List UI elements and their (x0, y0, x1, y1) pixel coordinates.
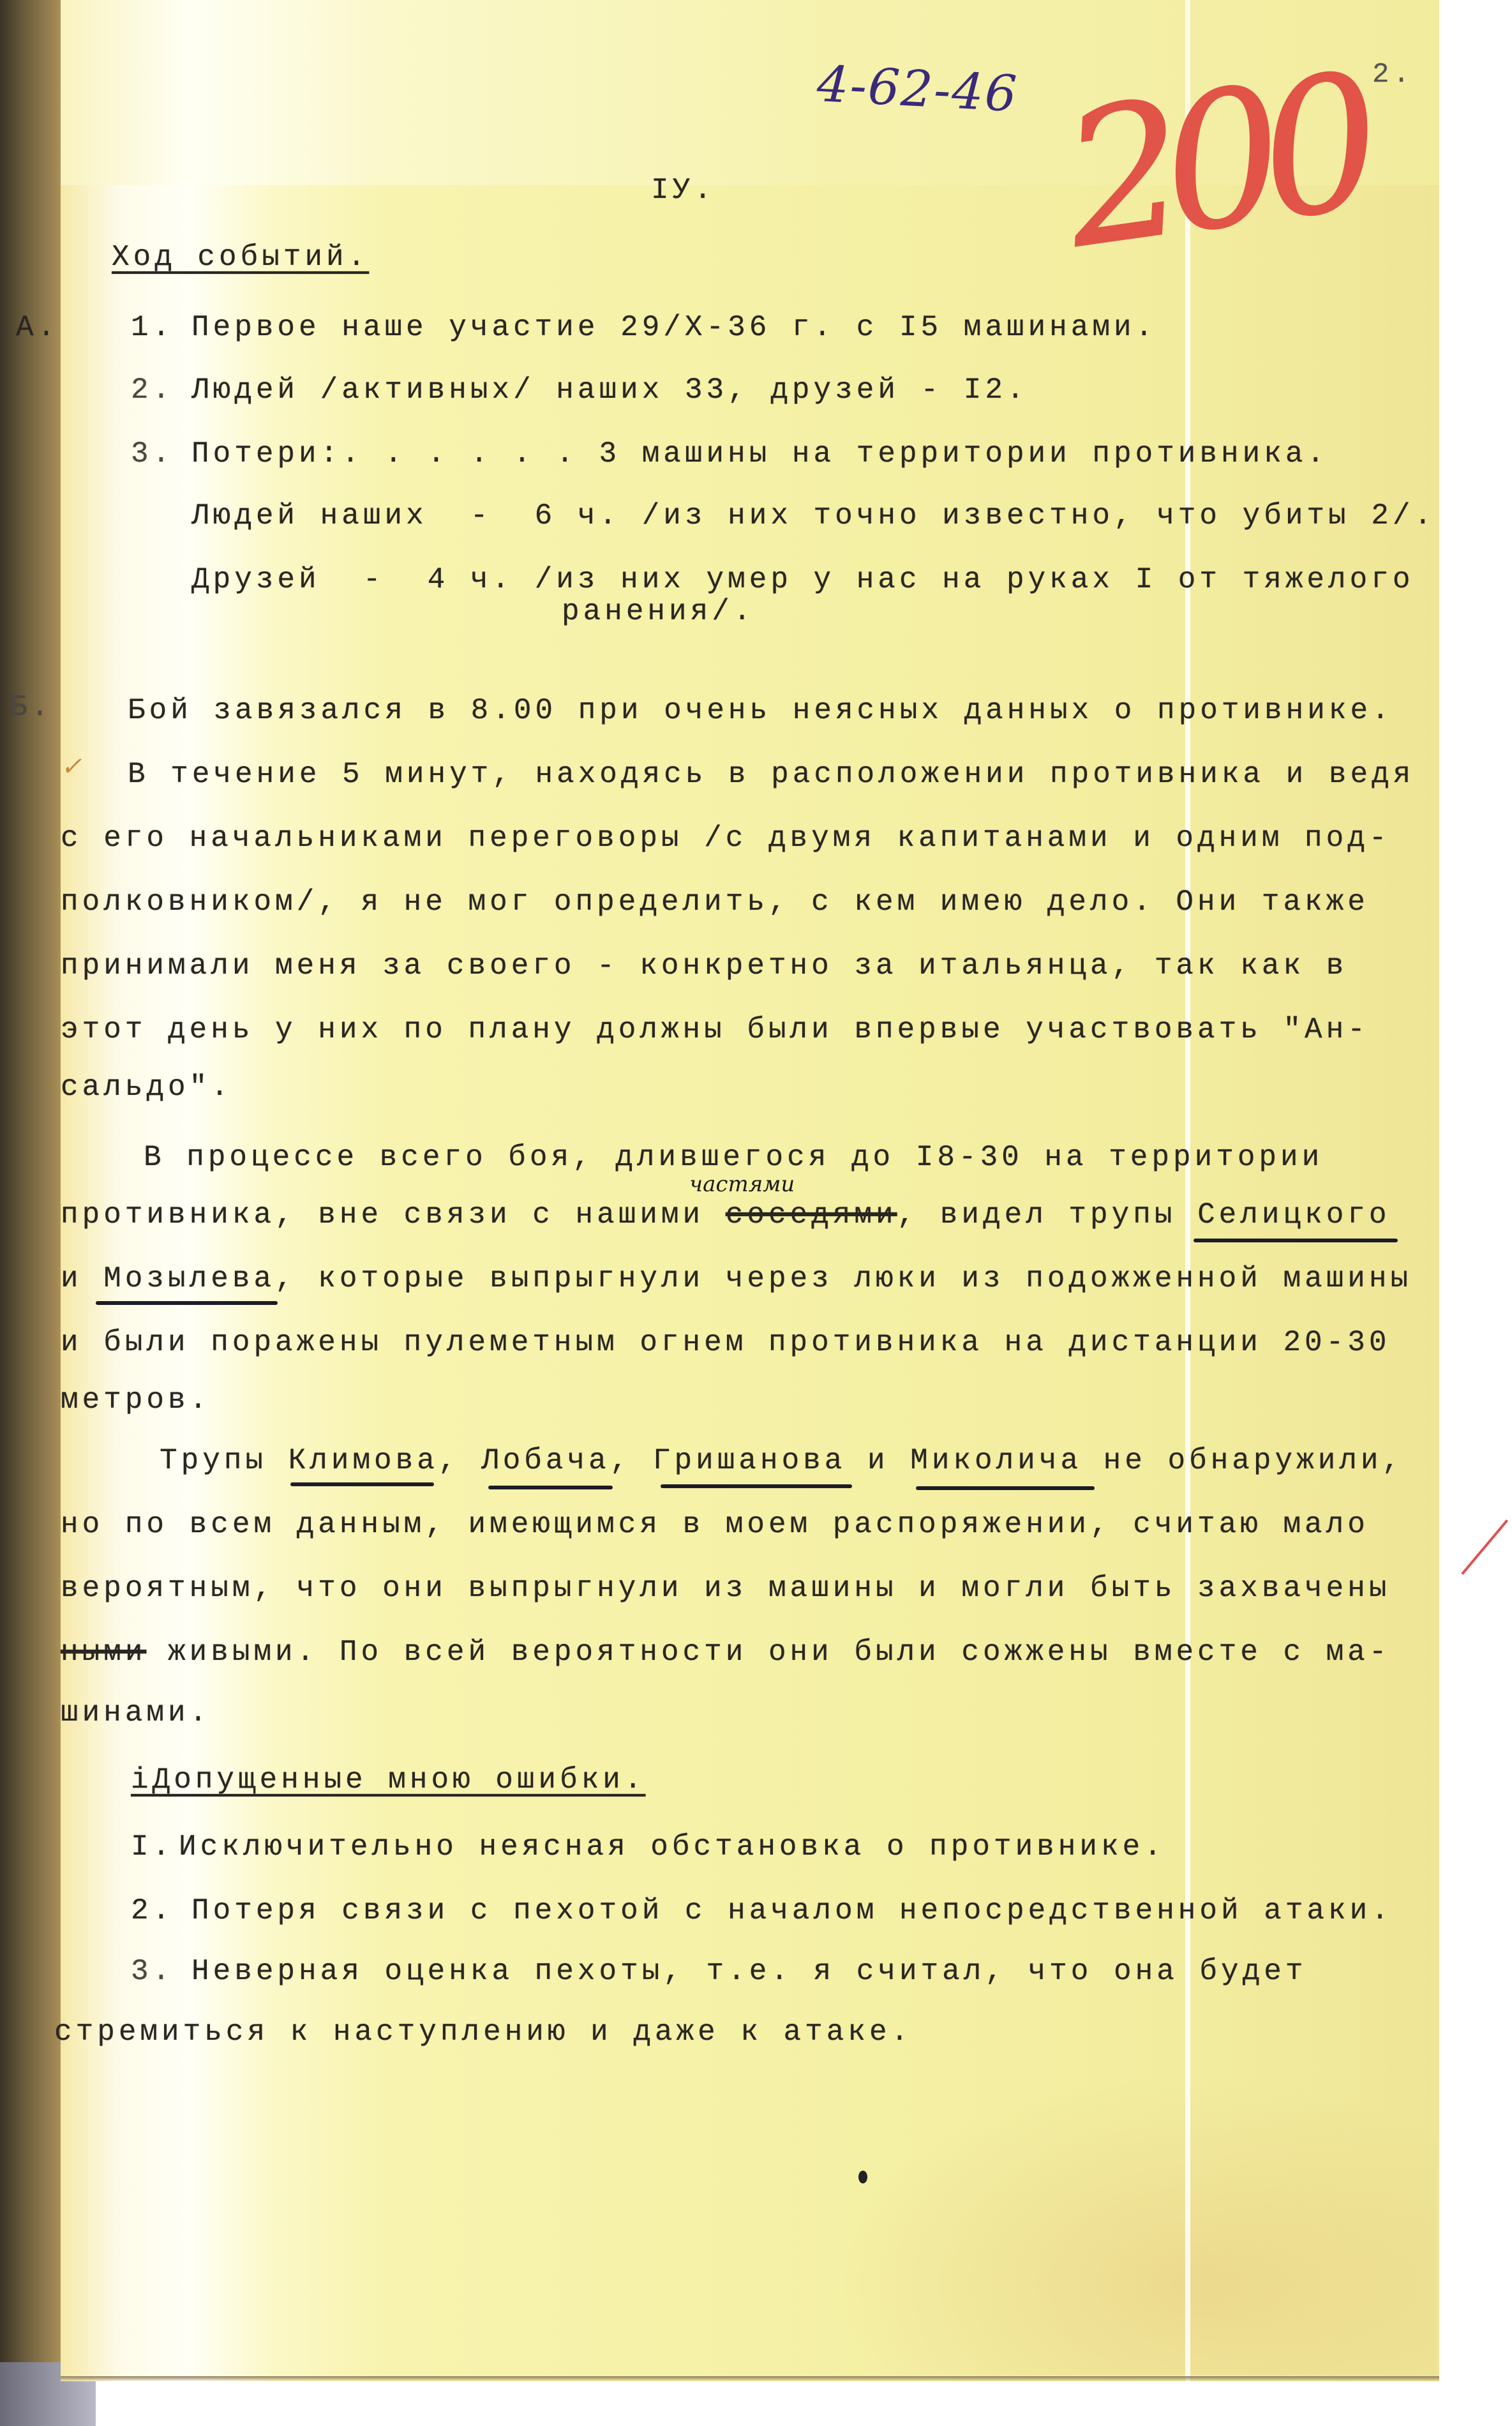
page-number: 2. (1372, 61, 1414, 89)
ink-underline (916, 1486, 1095, 1490)
paragraph-line: и были поражены пулеметным огнем противн… (61, 1328, 1390, 1357)
red-pencil-mark (1461, 1519, 1508, 1575)
paragraph-line: и Мозылева, которые выпрыгнули через люк… (61, 1264, 1412, 1293)
paragraph-line: но по всем данным, имеющимся в моем расп… (61, 1510, 1369, 1539)
losses-friends-cont: ранения/. (562, 597, 754, 626)
paragraph-line: В течение 5 минут, находясь в расположен… (128, 760, 1414, 789)
part-b-marker: Б. (10, 693, 52, 722)
paragraph-line: этот день у них по плану должны были впе… (61, 1015, 1369, 1044)
text-fragment: , (438, 1444, 481, 1477)
struck-word: соседями (726, 1198, 897, 1232)
section-numeral: IУ. (651, 176, 715, 205)
underlined-name: Лобача (481, 1444, 610, 1477)
underlined-name: Мозылева, (103, 1262, 296, 1295)
paper-edge-shadow (61, 2376, 1439, 2381)
paragraph-line: противника, вне связи с нашими соседями,… (61, 1200, 1391, 1230)
paragraph-line: ными живыми. По всей вероятности они был… (61, 1638, 1390, 1667)
struck-word: ными (61, 1636, 146, 1669)
handwritten-correction: частями (689, 1172, 795, 1197)
losses-ours: Людей наших - 6 ч. /из них точно известн… (191, 501, 1435, 531)
underlined-name: Гришанова (653, 1444, 846, 1477)
section-heading: Ход событий. (112, 243, 369, 272)
text-fragment: Трупы (160, 1444, 288, 1477)
text-fragment: не обнаружили, (1082, 1444, 1403, 1477)
item-number: 3. (131, 1957, 174, 1986)
paragraph-line: метров. (61, 1385, 211, 1415)
text-fragment: противника, вне связи с нашими (61, 1198, 726, 1232)
list-item: Людей /активных/ наших 33, друзей - I2. (191, 375, 1028, 405)
text-fragment: живыми. По всей вероятности они были сож… (146, 1636, 1390, 1669)
text-fragment: , видел трупы (897, 1198, 1197, 1232)
ink-underline (290, 1482, 434, 1486)
list-item: Первое наше участие 29/X-36 г. с I5 маши… (191, 313, 1156, 342)
text-fragment: и (846, 1444, 910, 1477)
item-number: 3. (131, 439, 174, 469)
item-number: 1. (131, 313, 174, 342)
list-item: Неверная оценка пехоты, т.е. я считал, ч… (191, 1957, 1306, 1986)
paragraph-line: вероятным, что они выпрыгнули из машины … (61, 1574, 1390, 1603)
ink-dot (858, 2171, 867, 2183)
text-fragment: и (61, 1262, 103, 1295)
item-number: 2. (131, 375, 174, 405)
mistakes-heading: iДопущенные мною ошибки. (131, 1765, 646, 1795)
paragraph-line: с его начальниками переговоры /с двумя к… (61, 824, 1390, 853)
paragraph-line: сальдо". (61, 1073, 232, 1102)
list-item: Исключительно неясная обстановка о проти… (179, 1832, 1165, 1862)
underlined-name: Селицкого (1197, 1198, 1390, 1232)
ink-underline (96, 1301, 278, 1305)
losses-friends: Друзей - 4 ч. /из них умер у нас на рука… (191, 565, 1414, 594)
text-fragment: которые выпрыгнули через люки из подожже… (297, 1262, 1412, 1295)
item-number: I. (131, 1832, 174, 1862)
ink-underline (661, 1484, 852, 1488)
text-fragment: , (610, 1444, 653, 1477)
paragraph-line: полковником/, я не мог определить, с кем… (61, 887, 1369, 917)
margin-check-icon: ✓ (61, 752, 82, 781)
underlined-name: Климова (288, 1444, 438, 1477)
paragraph-line: Бой завязался в 8.00 при очень неясных д… (128, 696, 1393, 725)
ink-underline (1194, 1239, 1398, 1242)
list-item: Потеря связи с пехотой с началом непосре… (191, 1896, 1393, 1925)
paragraph-line: Трупы Климова, Лобача, Гришанова и Микол… (160, 1446, 1403, 1475)
ink-underline (488, 1486, 613, 1489)
paper-stain (830, 2075, 1436, 2375)
part-a-marker: А. (16, 313, 59, 342)
paragraph-line: В процессе всего боя, длившегося до I8-3… (144, 1143, 1323, 1172)
paragraph-line: принимали меня за своего - конкретно за … (61, 951, 1347, 981)
archive-reference: 4-62-46 (816, 56, 1019, 123)
folio-stamp: 200 (1054, 50, 1373, 275)
paragraph-line: шинами. (61, 1698, 211, 1728)
underlined-name: Миколича (910, 1444, 1082, 1477)
list-item: Потери:. . . . . . 3 машины на территори… (191, 439, 1328, 469)
list-item-continuation: стремиться к наступлению и даже к атаке. (54, 2017, 912, 2047)
item-number: 2. (131, 1896, 174, 1925)
